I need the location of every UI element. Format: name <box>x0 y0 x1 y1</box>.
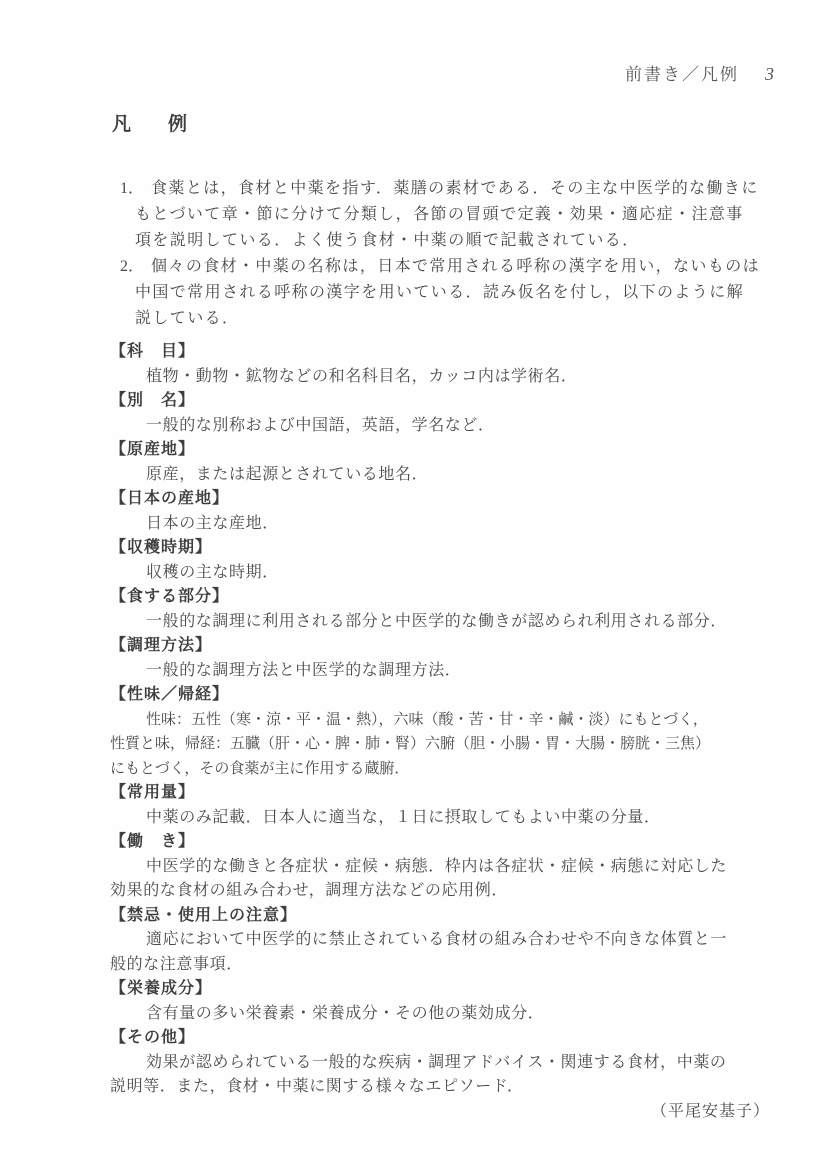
glossary-description-line: 一般的な調理方法と中医学的な調理方法． <box>110 659 770 684</box>
item-number: 2． <box>120 254 144 280</box>
glossary-description-line: にもとづく，その食薬が主に作用する蔵腑． <box>110 757 770 782</box>
item-text: 食薬とは，食材と中薬を指す．薬膳の素材である．その主な中医学的な働きに <box>151 180 759 197</box>
page-number: 3 <box>765 64 774 85</box>
glossary-description-line: 日本の主な産地． <box>110 512 770 537</box>
running-head-title: 前書き／凡例 <box>625 65 739 84</box>
paragraph-line: 説している． <box>110 306 770 332</box>
glossary-description-line: 収穫の主な時期． <box>110 561 770 586</box>
glossary-description-line: 原産，または起源とされている地名． <box>110 463 770 488</box>
glossary: 【科 目】植物・動物・鉱物などの和名科目名，カッコ内は学術名．【別 名】一般的な… <box>110 340 770 1100</box>
glossary-label: 【食する部分】 <box>110 585 770 610</box>
glossary-description-line: 効果が認められている一般的な疾病・調理アドバイス・関連する食材，中薬の <box>110 1051 770 1076</box>
glossary-description-line: 効果的な食材の組み合わせ，調理方法などの応用例． <box>110 879 770 904</box>
glossary-description-line: 性質と味，帰経：五臓（肝・心・脾・肺・腎）六腑（胆・小腸・胃・大腸・膀胱・三焦） <box>110 732 770 757</box>
glossary-label: 【原産地】 <box>110 438 770 463</box>
glossary-label: 【収穫時期】 <box>110 536 770 561</box>
author-signature: （平尾安基子） <box>110 1100 770 1125</box>
glossary-description-line: 中医学的な働きと各症状・症候・病態．枠内は各症状・症候・病態に対応した <box>110 855 770 880</box>
running-head: 前書き／凡例3 <box>625 60 774 85</box>
page-title: 凡 例 <box>112 109 196 136</box>
glossary-description-line: 性味：五性（寒・涼・平・温・熱），六味（酸・苦・甘・辛・鹹・淡）にもとづく， <box>110 708 770 733</box>
glossary-description-line: 中薬のみ記載．日本人に適当な，１日に摂取してもよい中薬の分量． <box>110 806 770 831</box>
paragraph-line: 項を説明している．よく使う食材・中薬の順で記載されている． <box>110 228 770 254</box>
glossary-label: 【日本の産地】 <box>110 487 770 512</box>
item-text: 個々の食材・中薬の名称は，日本で常用される呼称の漢字を用い，ないものは <box>151 258 760 275</box>
glossary-label: 【別 名】 <box>110 389 770 414</box>
glossary-label: 【禁忌・使用上の注意】 <box>110 904 770 929</box>
glossary-label: 【性味／帰経】 <box>110 683 770 708</box>
glossary-label: 【その他】 <box>110 1026 770 1051</box>
glossary-description-line: 説明等．また，食材・中薬に関する様々なエピソード． <box>110 1075 770 1100</box>
glossary-label: 【常用量】 <box>110 781 770 806</box>
glossary-description-line: 含有量の多い栄養素・栄養成分・その他の薬効成分． <box>110 1002 770 1027</box>
book-page: 前書き／凡例3 凡 例 1．食薬とは，食材と中薬を指す．薬膳の素材である．その主… <box>0 0 830 1174</box>
main-text-column: 1．食薬とは，食材と中薬を指す．薬膳の素材である．その主な中医学的な働きにもとづ… <box>110 176 770 1124</box>
glossary-label: 【科 目】 <box>110 340 770 365</box>
item-number: 1． <box>120 176 144 202</box>
paragraph-line: もとづいて章・節に分けて分類し，各節の冒頭で定義・効果・適応症・注意事 <box>110 202 770 228</box>
paragraph-line: 中国で常用される呼称の漢字を用いている．読み仮名を付し，以下のように解 <box>110 280 770 306</box>
glossary-label: 【調理方法】 <box>110 634 770 659</box>
glossary-description-line: 一般的な別称および中国語，英語，学名など． <box>110 414 770 439</box>
numbered-list: 1．食薬とは，食材と中薬を指す．薬膳の素材である．その主な中医学的な働きにもとづ… <box>110 176 770 332</box>
paragraph-line: 2．個々の食材・中薬の名称は，日本で常用される呼称の漢字を用い，ないものは <box>110 254 770 280</box>
glossary-label: 【栄養成分】 <box>110 977 770 1002</box>
glossary-description-line: 一般的な調理に利用される部分と中医学的な働きが認められ利用される部分． <box>110 610 770 635</box>
glossary-label: 【働 き】 <box>110 830 770 855</box>
paragraph-line: 1．食薬とは，食材と中薬を指す．薬膳の素材である．その主な中医学的な働きに <box>110 176 770 202</box>
glossary-description-line: 適応において中医学的に禁止されている食材の組み合わせや不向きな体質と一 <box>110 928 770 953</box>
glossary-description-line: 植物・動物・鉱物などの和名科目名，カッコ内は学術名． <box>110 365 770 390</box>
glossary-description-line: 般的な注意事項． <box>110 953 770 978</box>
